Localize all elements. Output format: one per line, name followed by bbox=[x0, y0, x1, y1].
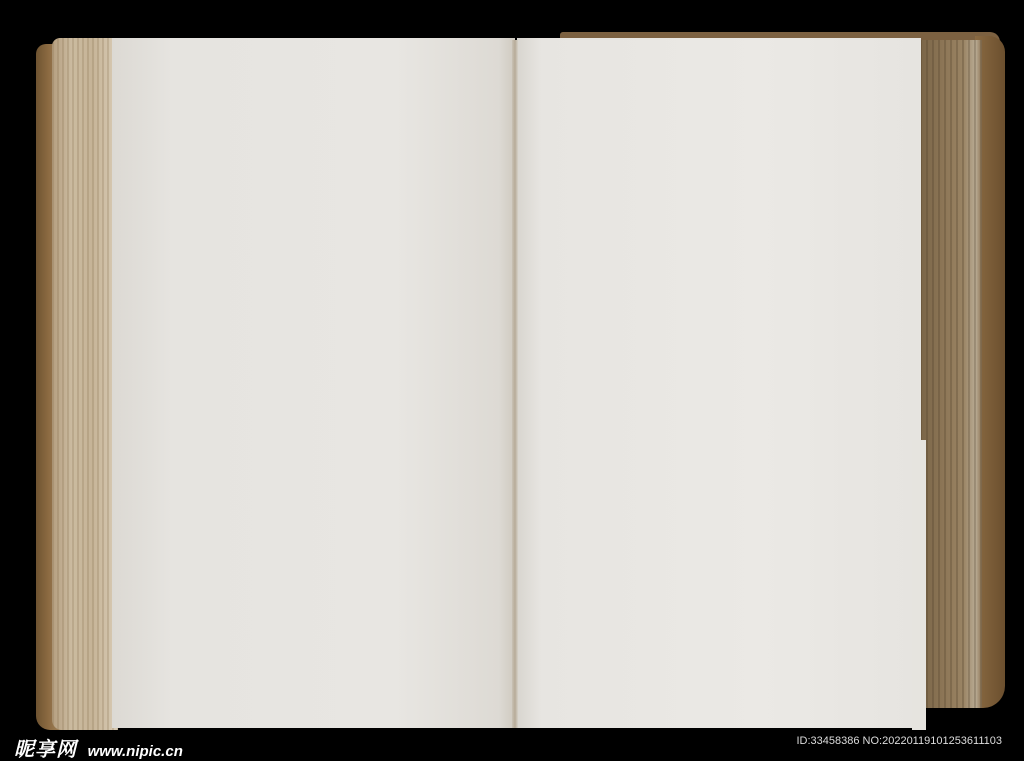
right-page-torn-edge bbox=[912, 440, 926, 730]
right-blank-page bbox=[517, 38, 921, 728]
watermark-brand-name: 昵享网 bbox=[14, 739, 77, 761]
open-book bbox=[0, 0, 1024, 761]
watermark-url: www.nipic.cn bbox=[88, 743, 183, 760]
book-gutter bbox=[512, 40, 518, 728]
watermark-brand: 昵享网 www.nipic.cn bbox=[14, 733, 183, 761]
right-page-edges bbox=[920, 40, 982, 708]
left-blank-page bbox=[112, 38, 515, 728]
watermark-id: ID:33458386 NO:20220119101253611103 bbox=[796, 735, 1002, 747]
left-page-edges bbox=[52, 38, 118, 730]
